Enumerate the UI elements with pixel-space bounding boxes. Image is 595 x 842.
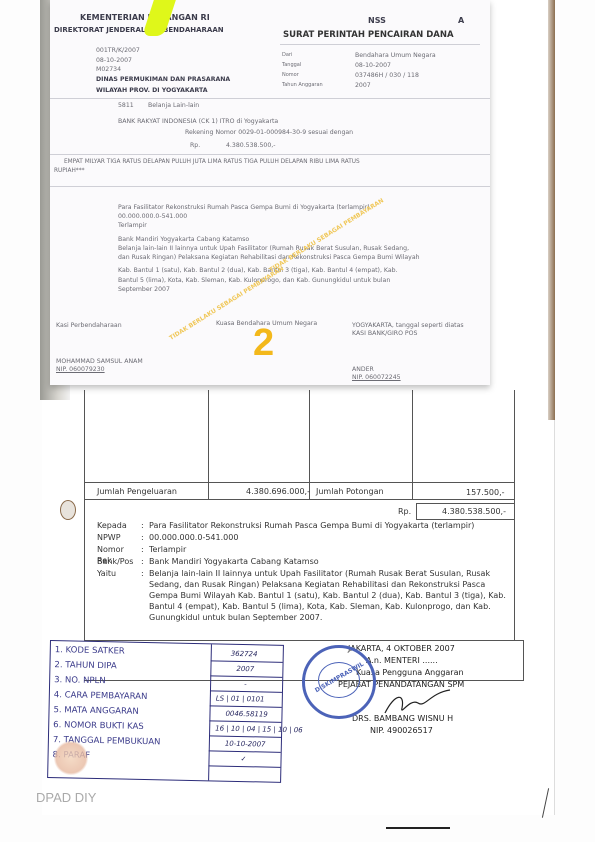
divider: [280, 44, 480, 45]
table-border: [208, 390, 209, 500]
stamp-rule: [210, 675, 282, 678]
ref-line: 08-10-2007: [96, 57, 132, 64]
stamp-value: 10-10-2007: [225, 740, 266, 749]
amount-prefix: Rp.: [190, 142, 200, 149]
stamp-value: 16 | 10 | 04 | 15 | 10 | 06: [215, 724, 303, 734]
field-label: Nomor: [282, 72, 299, 78]
account-code: 5811: [118, 102, 134, 109]
punch-hole: [60, 500, 76, 520]
info-rekening: Nomor Rek : Terlampir: [97, 544, 517, 556]
nss-label: NSS: [368, 16, 386, 25]
table-border: [84, 482, 514, 483]
jumlah-potongan-value: 157.500,-: [466, 488, 505, 497]
jumlah-potongan-label: Jumlah Potongan: [316, 487, 384, 496]
total-value: 4.380.538.500,-: [442, 507, 506, 516]
sig-right-title2: KASI BANK/GIRO POS: [352, 330, 417, 337]
terbilang: EMPAT MILYAR TIGA RATUS DELAPAN PULUH JU…: [64, 159, 360, 165]
info-colon: :: [141, 556, 144, 567]
sp2d-title: SURAT PERINTAH PENCAIRAN DANA: [283, 30, 454, 40]
info-yaitu: Yaitu : Belanja lain-lain II lainnya unt…: [97, 568, 517, 618]
bank-line: BANK RAKYAT INDONESIA (CK 1) ITRO di Yog…: [118, 118, 278, 125]
jumlah-pengeluaran-label: Jumlah Pengeluaran: [97, 487, 177, 496]
stamp-value: LS | 01 | 0101: [216, 694, 265, 703]
info-colon: :: [141, 568, 144, 579]
info-kepada: Kepada : Para Fasilitator Rekonstruksi R…: [97, 520, 517, 532]
stamp-label: 4. CARA PEMBAYARAN: [54, 690, 148, 702]
info-bank: Bank/Pos : Bank Mandiri Yogyakarta Caban…: [97, 556, 517, 568]
info-label: Yaitu: [97, 568, 139, 579]
stamp-value: 0046.58119: [225, 710, 267, 719]
stamp-value: -: [244, 680, 247, 688]
field-label: Tahun Anggaran: [282, 82, 323, 88]
desc-line: September 2007: [118, 286, 170, 293]
info-label: Bank/Pos: [97, 556, 139, 567]
field-value: Bendahara Umum Negara: [355, 52, 436, 59]
payee: Para Fasilitator Rekonstruksi Rumah Pasc…: [118, 204, 370, 211]
info-label: NPWP: [97, 532, 139, 543]
paper-edge: [548, 0, 555, 420]
crest-icon: [54, 740, 88, 776]
field-label: Tanggal: [282, 62, 301, 68]
table-border: [523, 640, 524, 680]
sig-right-name: ANDER: [352, 366, 374, 373]
field-value: 037486H / 030 / 118: [355, 72, 419, 79]
stamp-label: 2. TAHUN DIPA: [54, 660, 116, 671]
table-border: [309, 390, 310, 500]
table-border: [84, 390, 85, 640]
desc-line: Kab. Bantul 1 (satu), Kab. Bantul 2 (dua…: [118, 267, 398, 274]
field-value: 2007: [355, 82, 371, 89]
info-label: Kepada: [97, 520, 139, 531]
sign-name: DRS. BAMBANG WISNU H: [352, 714, 453, 723]
stamp-label: 6. NOMOR BUKTI KAS: [53, 720, 144, 732]
directorate: DIREKTORAT JENDERAL PERBENDAHARAAN: [54, 26, 224, 34]
npwp: 00.000.000.0-541.000: [118, 213, 187, 220]
info-value: Para Fasilitator Rekonstruksi Rumah Pasc…: [149, 520, 529, 531]
archive-watermark: DPAD DIY: [36, 790, 96, 805]
info-colon: :: [141, 520, 144, 531]
stamp-rule: [209, 750, 281, 753]
account-desc: Belanja Lain-lain: [148, 102, 199, 109]
table-border: [416, 503, 514, 504]
table-border: [84, 499, 514, 500]
table-border: [416, 503, 417, 519]
rekening: Terlampir: [118, 222, 147, 229]
agency-line1: DINAS PERMUKIMAN DAN PRASARANA: [96, 76, 230, 83]
ministry: KEMENTERIAN KEUANGAN RI: [80, 13, 210, 22]
field-label: Dari: [282, 52, 292, 58]
stamp-divider: [208, 644, 212, 780]
sig-left-name: MOHAMMAD SAMSUL ANAM: [56, 358, 143, 365]
stamp-value: ✓: [240, 755, 246, 763]
info-value: 00.000.000.0-541.000: [149, 532, 529, 543]
info-value: Terlampir: [149, 544, 529, 555]
stamp-rule: [209, 720, 281, 723]
stamp-rule: [210, 705, 282, 708]
divider: [50, 186, 490, 187]
terbilang-end: RUPIAH***: [54, 168, 85, 174]
bank: Bank Mandiri Yogyakarta Cabang Katamso: [118, 236, 249, 243]
stamp-rule: [210, 690, 282, 693]
info-npwp: NPWP : 00.000.000.0-541.000: [97, 532, 517, 544]
table-border: [84, 640, 524, 641]
sig-right-title1: YOGYAKARTA, tanggal seperti diatas: [352, 322, 464, 329]
total-prefix: Rp.: [398, 507, 411, 516]
stamp-label: 1. KODE SATKER: [55, 645, 125, 656]
field-value: 08-10-2007: [355, 62, 391, 69]
info-colon: :: [141, 544, 144, 555]
sig-right-nip: NIP. 060072245: [352, 374, 401, 381]
bottom-bar: [386, 827, 450, 829]
desc-line: dan Rusak Ringan) Pelaksana Kegiatan Reh…: [118, 254, 420, 261]
stamp-value: 362724: [231, 650, 258, 659]
ref-line: M02734: [96, 66, 121, 73]
stamp-rule: [211, 660, 283, 663]
amount-value: 4.380.538.500,-: [226, 142, 275, 149]
stamp-value: 2007: [236, 665, 254, 673]
sign-place-date: JAKARTA, 4 OKTOBER 2007: [348, 644, 455, 653]
sign-nip: NIP. 490026517: [370, 726, 433, 735]
table-border: [412, 390, 413, 500]
copy-number: 2: [253, 322, 274, 365]
divider: [50, 154, 490, 155]
ref-line: 001TR/K/2007: [96, 47, 140, 54]
sig-left-nip: NIP. 060079230: [56, 366, 105, 373]
sig-left-title: Kasi Perbendaharaan: [56, 322, 122, 329]
info-value: Belanja lain-lain II lainnya untuk Upah …: [149, 568, 515, 623]
info-value: Bank Mandiri Yogyakarta Cabang Katamso: [149, 556, 529, 567]
stamp-label: 5. MATA ANGGARAN: [53, 705, 138, 717]
agency-line2: WILAYAH PROV. DI YOGYAKARTA: [96, 87, 208, 94]
info-colon: :: [141, 532, 144, 543]
jumlah-pengeluaran-value: 4.380.696.000,-: [246, 487, 310, 496]
desc-line: Belanja lain-lain II lainnya untuk Upah …: [118, 245, 409, 252]
stamp-rule: [209, 735, 281, 738]
sign-an: A.n. MENTERI ......: [366, 656, 438, 665]
rekening-line: Rekening Nomor 0029-01-000984-30-9 sesua…: [185, 129, 353, 136]
nss-value: A: [458, 16, 464, 25]
stamp-label: 3. NO. NPLN: [54, 675, 106, 686]
divider: [50, 98, 490, 99]
stamp-rule: [208, 765, 280, 768]
